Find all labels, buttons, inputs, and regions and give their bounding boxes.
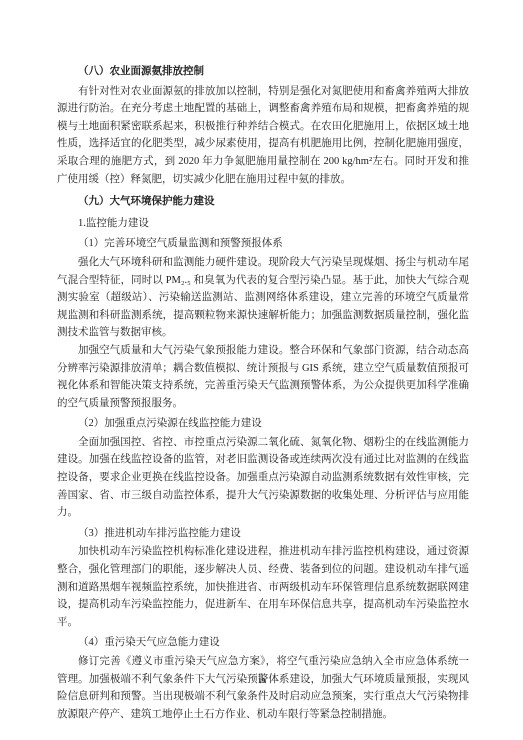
paragraph: 加快机动车污染监控机构标准化建设进程，推进机动车排污监控机构建设，通过资源整合，…: [57, 543, 469, 631]
page-number: 19: [0, 676, 523, 685]
document-page: （八）农业面源氨排放控制 有针对性对农业面源氨的排放加以控制，特别是强化对氮肥使…: [0, 0, 523, 740]
section-heading-8: （八）农业面源氨排放控制: [57, 61, 469, 81]
paragraph: 强化大气环境科研和监测能力硬件建设。现阶段大气污染呈现煤烟、扬尘与机动车尾气混合…: [57, 254, 469, 342]
item-heading-4: （4）重污染天气应急能力建设: [57, 631, 469, 653]
paragraph: 修订完善《遵义市重污染天气应急方案》，将空气重污染应急纳入全市应急体系统一管理。…: [57, 653, 469, 723]
subsection-heading-monitoring: 1.监控能力建设: [57, 213, 469, 233]
item-heading-3: （3）推进机动车排污监控能力建设: [57, 522, 469, 544]
paragraph: 加强空气质量和大气污染气象预报能力建设。整合环保和气象部门资源，结合动态高分辨率…: [57, 342, 469, 412]
document-content: （八）农业面源氨排放控制 有针对性对农业面源氨的排放加以控制，特别是强化对氮肥使…: [57, 61, 469, 723]
item-heading-2: （2）加强重点污染源在线监控能力建设: [57, 412, 469, 434]
section-heading-9: （九）大气环境保护能力建设: [57, 188, 469, 211]
item-heading-1: （1）完善环境空气质量监测和预警预报体系: [57, 232, 469, 254]
paragraph: 全面加强国控、省控、市控重点污染源二氧化硫、氮氧化物、烟粉尘的在线监测能力建设。…: [57, 434, 469, 522]
paragraph: 有针对性对农业面源氨的排放加以控制，特别是强化对氮肥使用和畜禽养殖两大排放源进行…: [57, 83, 469, 189]
